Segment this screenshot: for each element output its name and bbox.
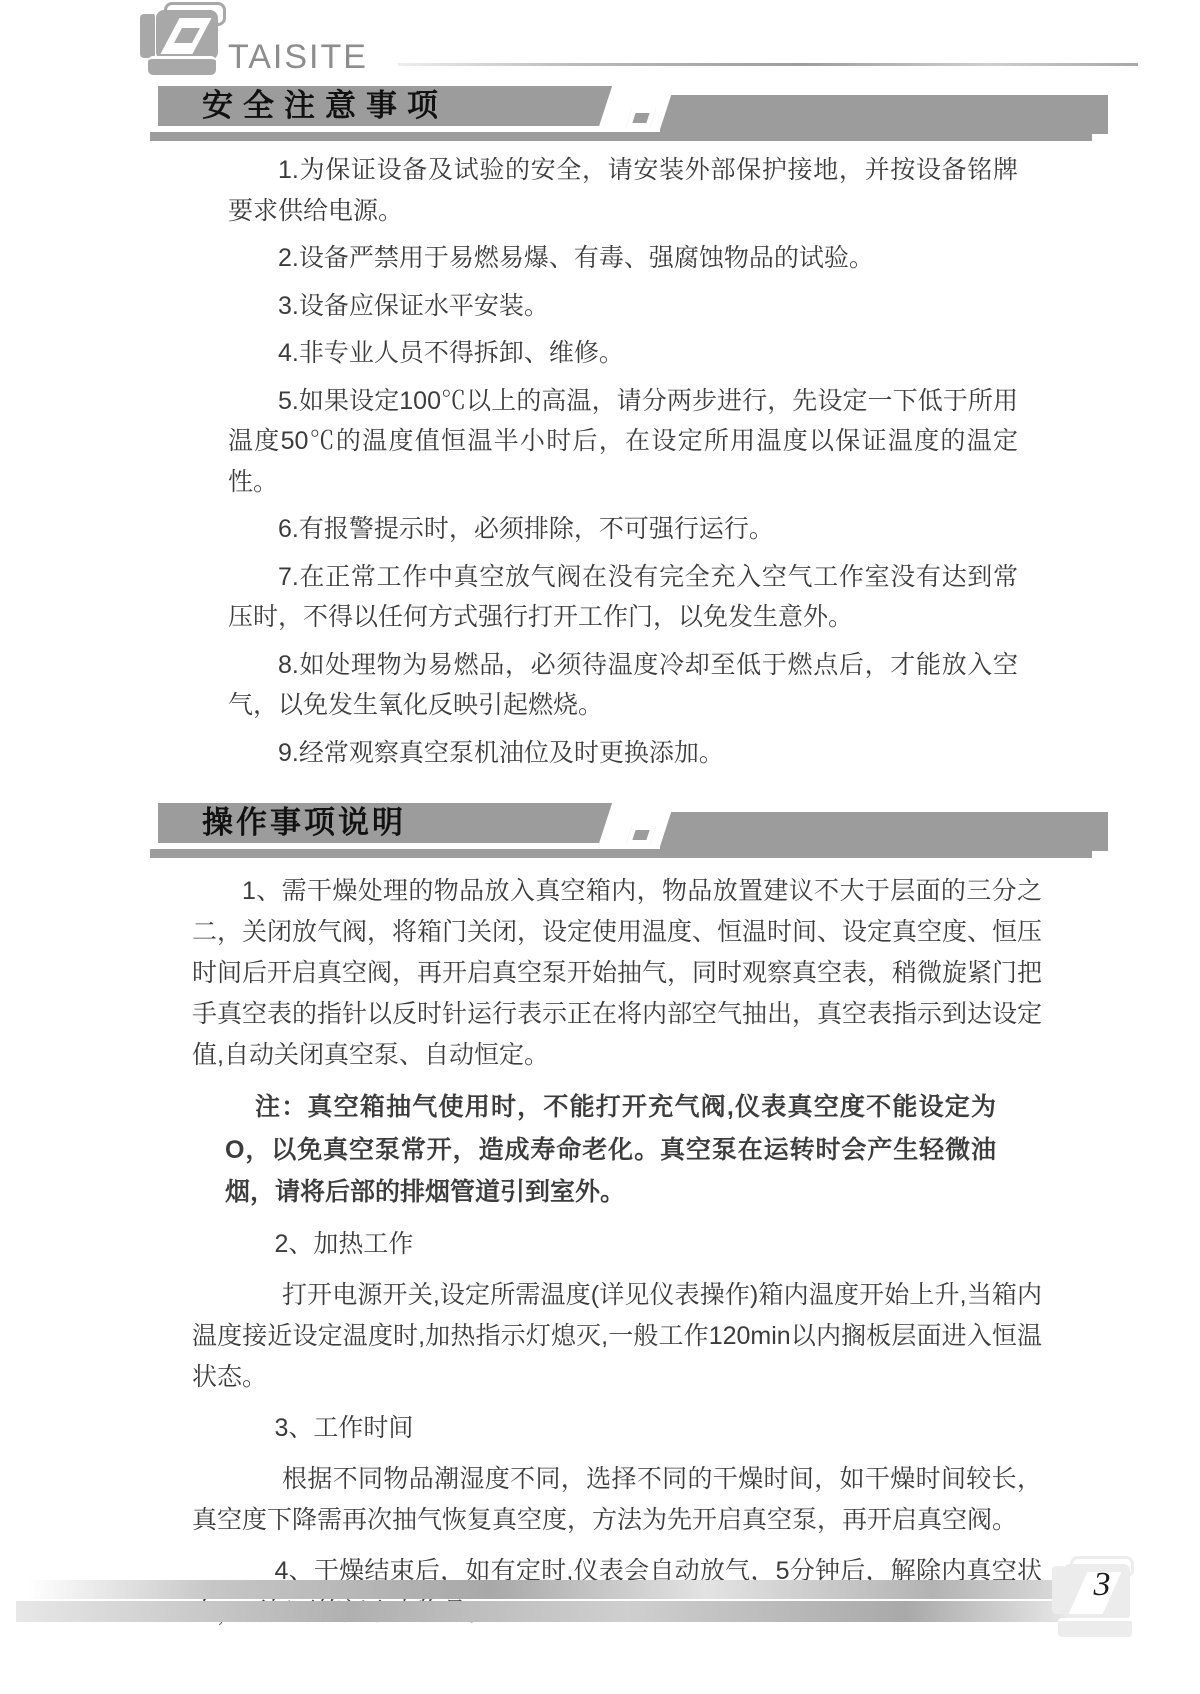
safety-item-8: 8.如处理物为易燃品，必须待温度冷却至低于燃点后，才能放入空气，以免发生氧化反映… (228, 645, 1018, 726)
footer-bar-top (28, 1580, 1056, 1599)
operation-step3-body: 根据不同物品潮湿度不同，选择不同的干燥时间，如干燥时间较长，真空度下降需再次抽气… (192, 1459, 1042, 1541)
safety-item-9: 9.经常观察真空泵机油位及时更换添加。 (228, 733, 1018, 774)
footer-bar-bottom (16, 1601, 1128, 1622)
header-bar-right (660, 95, 1108, 134)
brand-row: TAISITE (0, 0, 1200, 80)
operation-body: 1、需干燥处理的物品放入真空箱内，物品放置建议不大于层面的三分之二，关闭放气阀，… (192, 871, 1042, 1633)
operation-section-title: 操作事项说明 (202, 803, 406, 843)
safety-item-1: 1.为保证设备及试验的安全，请安装外部保护接地，并按设备铭牌要求供给电源。 (228, 150, 1018, 231)
safety-item-7: 7.在正常工作中真空放气阀在没有完全充入空气工作室没有达到常压时，不得以任何方式… (228, 557, 1018, 638)
safety-item-3: 3.设备应保证水平安装。 (228, 286, 1018, 327)
header-underline (150, 132, 1092, 141)
operation-paragraph-1: 1、需干燥处理的物品放入真空箱内，物品放置建议不大于层面的三分之二，关闭放气阀，… (192, 871, 1042, 1076)
safety-section-header: 安全注意事项 (158, 80, 1096, 144)
safety-items: 1.为保证设备及试验的安全，请安装外部保护接地，并按设备铭牌要求供给电源。 2.… (228, 150, 1018, 773)
safety-item-4: 4.非专业人员不得拆卸、维修。 (228, 333, 1018, 374)
operation-step2-heading: 2、加热工作 (192, 1224, 1042, 1265)
page-number: 3 (1082, 1566, 1122, 1604)
safety-item-6: 6.有报警提示时，必须排除，不可强行运行。 (228, 509, 1018, 550)
operation-step3-heading: 3、工作时间 (192, 1408, 1042, 1449)
taisite-logo-icon (138, 2, 234, 80)
operation-step2-body: 打开电源开关,设定所需温度(详见仪表操作)箱内温度开始上升,当箱内温度接近设定温… (192, 1275, 1042, 1398)
brand-rule-line (398, 63, 1138, 66)
operation-section-header: 操作事项说明 (158, 797, 1096, 861)
brand-name: TAISITE (228, 40, 368, 80)
safety-section-title: 安全注意事项 (202, 86, 448, 126)
manual-page: TAISITE 安全注意事项 1.为保证设备及试验的安全，请安装外部保护接地，并… (0, 0, 1200, 1694)
header-bar-right (660, 812, 1108, 851)
safety-item-2: 2.设备严禁用于易燃易爆、有毒、强腐蚀物品的试验。 (228, 238, 1018, 279)
page-footer: 3 (0, 1546, 1200, 1650)
header-underline (150, 849, 1092, 858)
safety-item-5: 5.如果设定100℃以上的高温，请分两步进行，先设定一下低于所用温度50℃的温度… (228, 381, 1018, 503)
footer-logo-base-shape (1058, 1618, 1132, 1637)
logo-base-shape (148, 56, 216, 75)
footer-logo-icon: 3 (1048, 1550, 1144, 1646)
operation-note: 注：真空箱抽气使用时，不能打开充气阀,仪表真空度不能设定为O，以免真空泵常开，造… (225, 1086, 996, 1214)
